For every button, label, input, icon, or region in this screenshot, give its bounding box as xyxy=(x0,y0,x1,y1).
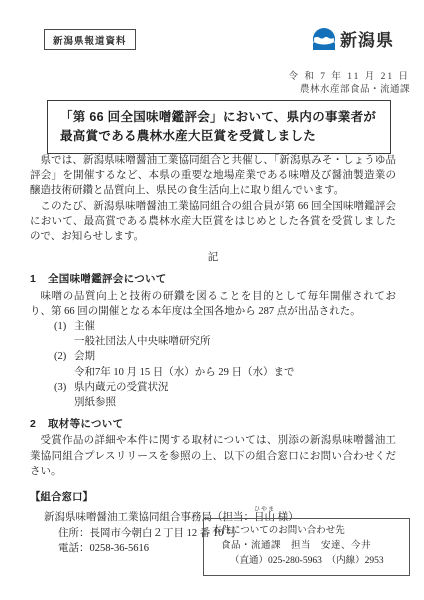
intro-paragraph-2: このたび、新潟県味噌醤油工業協同組合の組合員が第 66 回全国味噌鑑評会において… xyxy=(30,199,396,245)
section1-item3-label: 県内蔵元の受賞状況 xyxy=(74,382,169,393)
section1-heading: 1全国味噌鑑評会について xyxy=(30,272,396,287)
title-line-1: 「第 66 回全国味噌鑑評会」において、県内の事業者が xyxy=(60,108,380,127)
press-release-tag-label: 新潟県報道資料 xyxy=(53,36,127,47)
niigata-logo: 新潟県 xyxy=(313,26,394,51)
union-contact-heading: 【組合窓口】 xyxy=(30,490,396,505)
section1-number: 1 xyxy=(30,272,48,287)
inquiry-contact-box: 本件についてのお問い合わせ先 食品・流通課 担当 安達、今井 （直通）025-2… xyxy=(203,518,410,576)
contact-person-furigana: ひやま xyxy=(254,507,275,513)
niigata-logo-text: 新潟県 xyxy=(340,26,394,51)
section1-item3-label-line: (3)県内蔵元の受賞状況 xyxy=(30,380,396,395)
inquiry-box-title: 本件についてのお問い合わせ先 xyxy=(212,524,402,539)
section1-body: 味噌の品質向上と技術の研鑽を図ることを目的として毎年開催されており、第 66 回… xyxy=(30,289,396,319)
document-title: 「第 66 回全国味噌鑑評会」において、県内の事業者が 最高賞である農林水産大臣… xyxy=(47,100,391,154)
section1-item2-value: 令和7年 10 月 15 日（水）から 29 日（水）まで xyxy=(30,365,396,380)
section2-body: 受賞作品の詳細や本件に関する取材については、別添の新潟県味噌醤油工業協同組合プレ… xyxy=(30,433,396,479)
department-name: 農林水産部食品・流通課 xyxy=(288,84,410,97)
inquiry-box-phone: （直通）025-280-5963 （内線）2953 xyxy=(212,554,402,569)
section2-heading: 2取材等について xyxy=(30,417,396,432)
section1-item3-value: 別紙参照 xyxy=(30,395,396,410)
notice-marker: 記 xyxy=(30,250,396,265)
niigata-logo-icon xyxy=(313,28,335,50)
title-line-2: 最高賞である農林水産大臣賞を受賞しました xyxy=(60,127,380,146)
section1-item1-label: 主催 xyxy=(74,321,95,332)
section1-item1-number: (1) xyxy=(54,319,74,334)
section1-item3-number: (3) xyxy=(54,380,74,395)
section1-item2-number: (2) xyxy=(54,349,74,364)
section2-number: 2 xyxy=(30,417,48,432)
intro-paragraph-1: 県では、新潟県味噌醤油工業協同組合と共催し、「新潟県みそ・しょうゆ品評会」を開催… xyxy=(30,153,396,199)
section1-item1-label-line: (1)主催 xyxy=(30,319,396,334)
section1-item2-label-line: (2)会期 xyxy=(30,349,396,364)
section1-item1-value: 一般社団法人中央味噌研究所 xyxy=(30,334,396,349)
press-release-tag: 新潟県報道資料 xyxy=(44,29,136,50)
section2-heading-text: 取材等について xyxy=(48,418,123,430)
document-body: 県では、新潟県味噌醤油工業協同組合と共催し、「新潟県みそ・しょうゆ品評会」を開催… xyxy=(30,153,396,557)
press-release-page: 新潟県報道資料 新潟県 令 和 7 年 11 月 21 日 農林水産部食品・流通… xyxy=(0,0,424,600)
section1-item2-label: 会期 xyxy=(74,351,95,362)
header-date-block: 令 和 7 年 11 月 21 日 農林水産部食品・流通課 xyxy=(288,71,410,96)
inquiry-box-staff: 食品・流通課 担当 安達、今井 xyxy=(212,539,402,554)
section1-heading-text: 全国味噌鑑評会について xyxy=(48,273,167,285)
release-date: 令 和 7 年 11 月 21 日 xyxy=(288,71,410,84)
